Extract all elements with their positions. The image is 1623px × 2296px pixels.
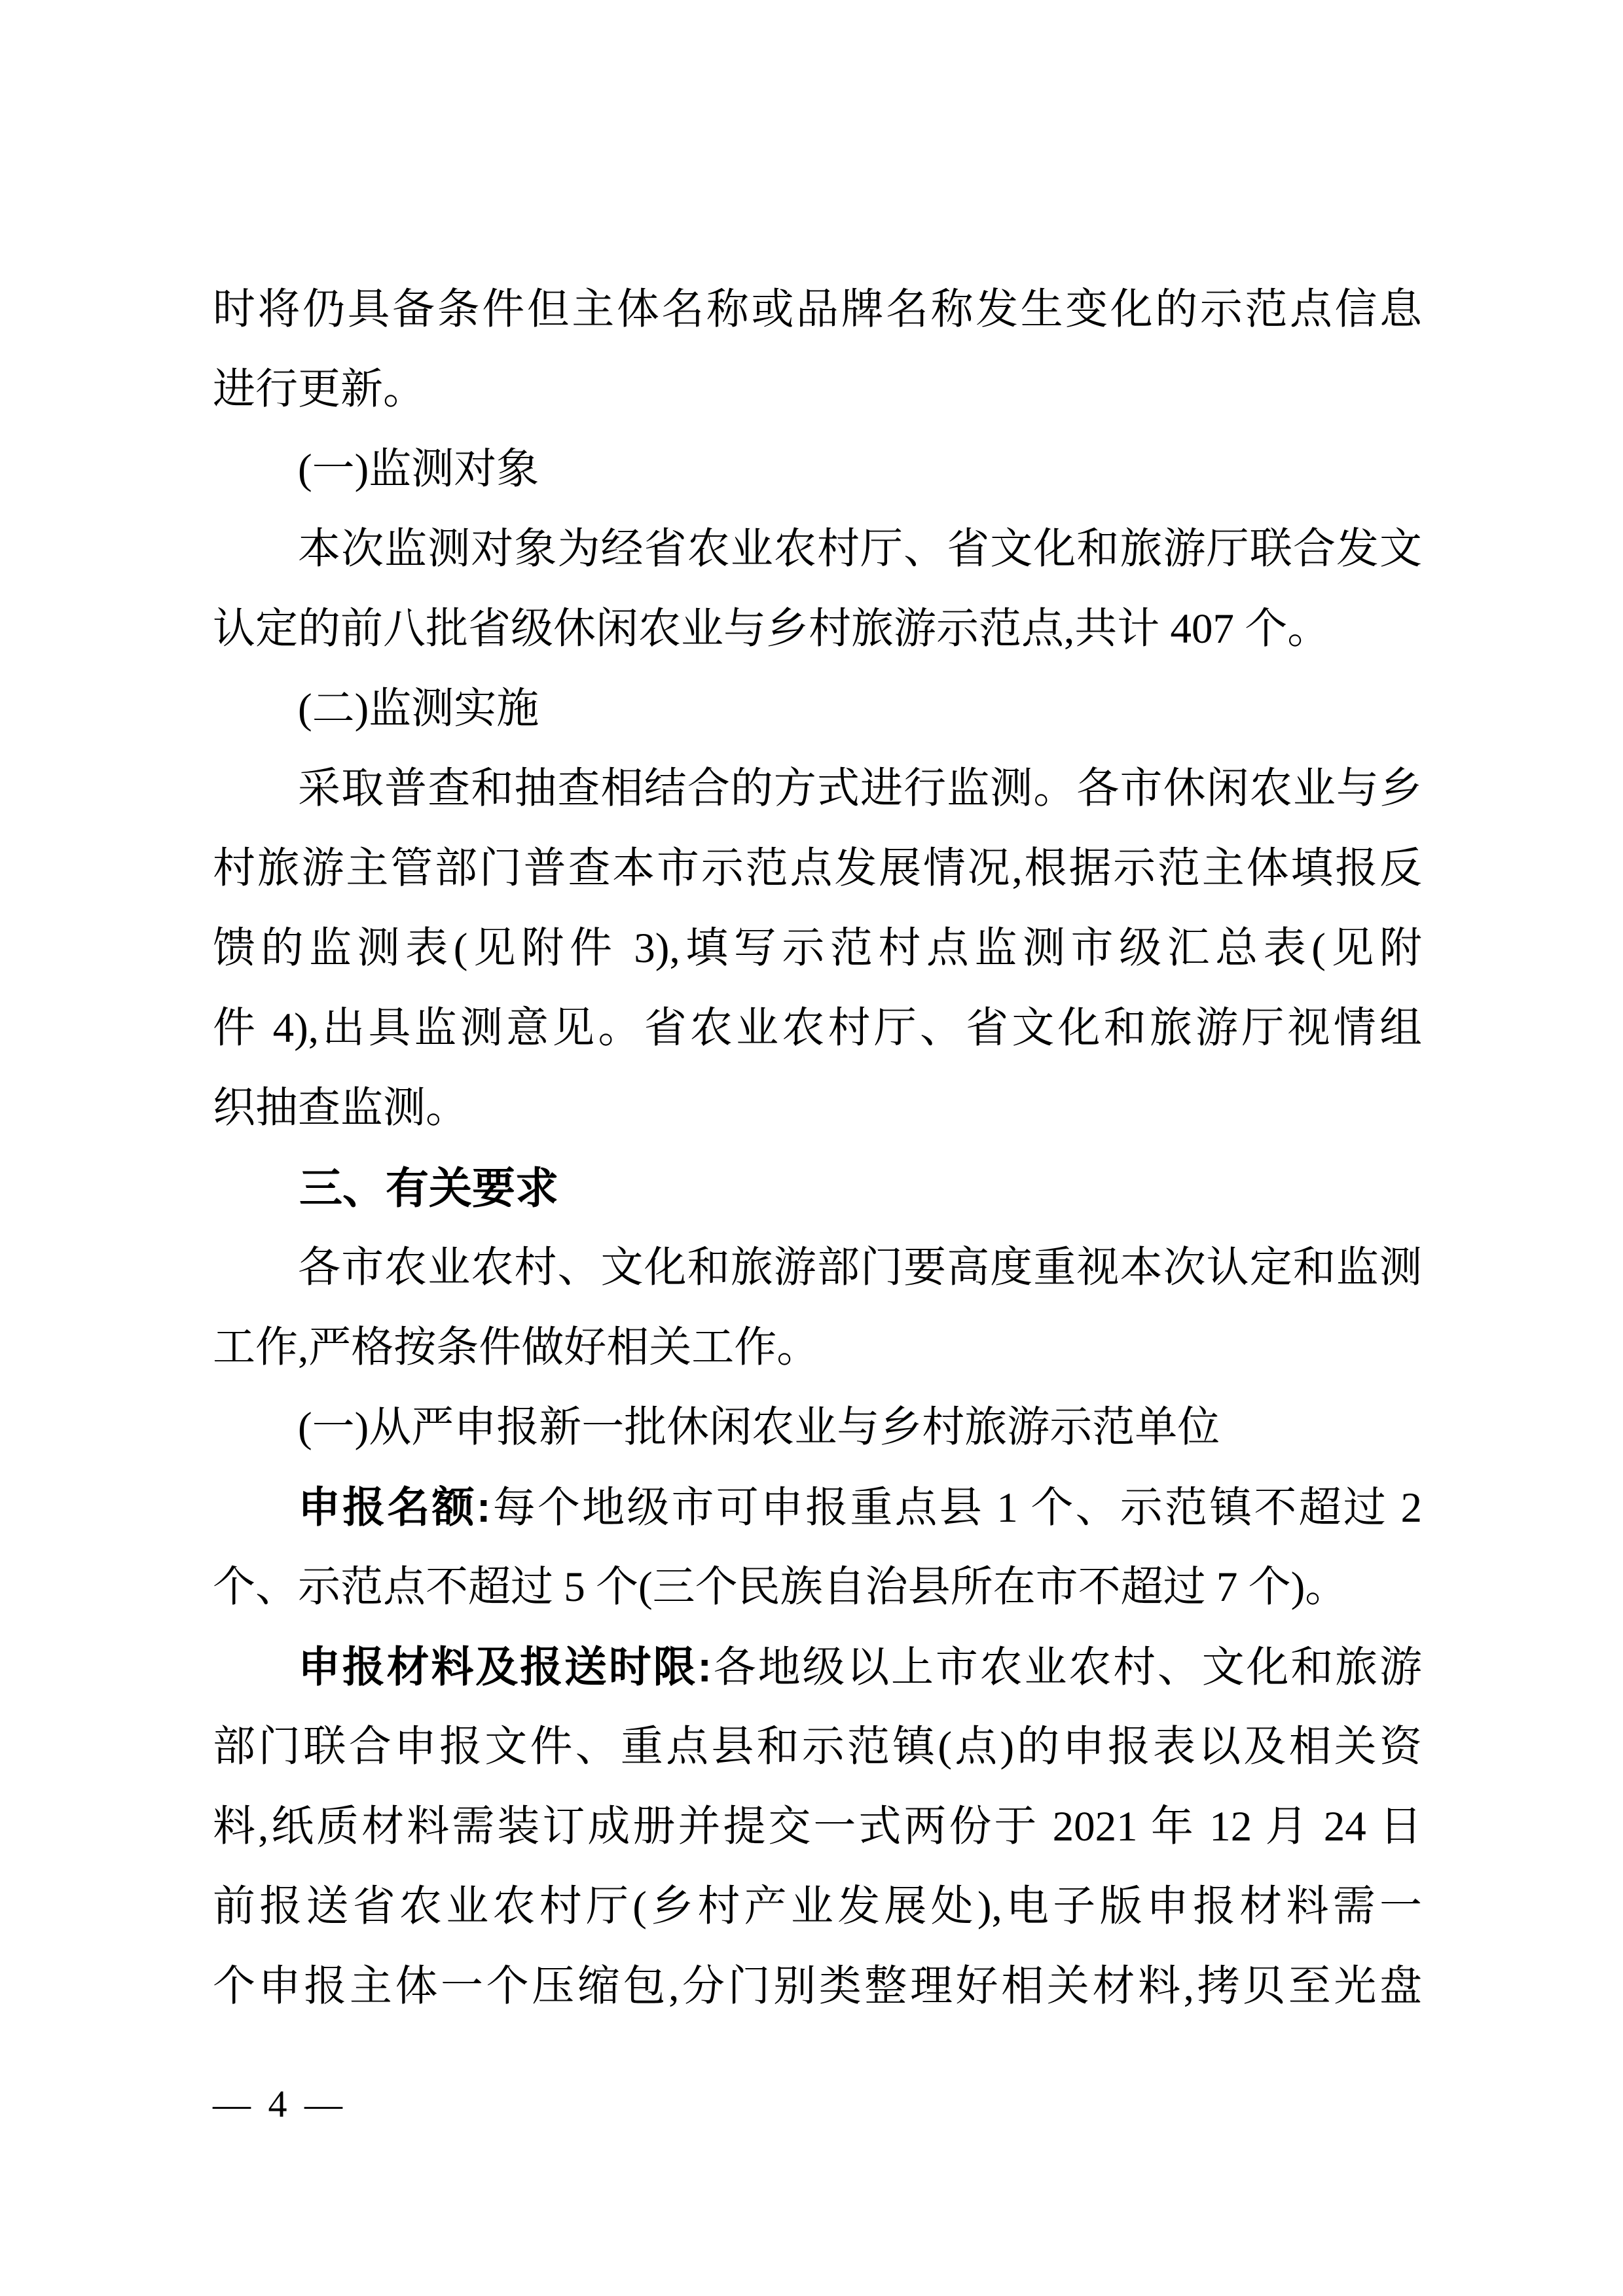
document-body: 时将仍具备条件但主体名称或品牌名称发生变化的示范点信息 进行更新。 (一)监测对…: [213, 270, 1422, 2026]
bold-lead-materials-deadline: 申报材料及报送时限:: [298, 1643, 712, 1691]
body-line: 工作,严格按条件做好相关工作。: [213, 1308, 1422, 1388]
body-line: 进行更新。: [213, 350, 1422, 429]
body-line: 各市农业农村、文化和旅游部门要高度重视本次认定和监测: [213, 1228, 1422, 1308]
body-line: 认定的前八批省级休闲农业与乡村旅游示范点,共计 407 个。: [213, 589, 1422, 669]
body-line: 申报材料及报送时限:各地级以上市农业农村、文化和旅游: [213, 1627, 1422, 1707]
page-number: — 4 —: [213, 2085, 346, 2123]
line-text: 各地级以上市农业农村、文化和旅游: [712, 1644, 1422, 1691]
body-line: 馈的监测表(见附件 3),填写示范村点监测市级汇总表(见附: [213, 908, 1422, 988]
subsection-heading-strict-application: (一)从严申报新一批休闲农业与乡村旅游示范单位: [213, 1388, 1422, 1467]
body-line: 本次监测对象为经省农业农村厅、省文化和旅游厅联合发文: [213, 509, 1422, 589]
body-line: 个申报主体一个压缩包,分门别类整理好相关材料,拷贝至光盘: [213, 1946, 1422, 2026]
body-line: 部门联合申报文件、重点县和示范镇(点)的申报表以及相关资: [213, 1707, 1422, 1787]
body-line: 申报名额:每个地级市可申报重点县 1 个、示范镇不超过 2: [213, 1467, 1422, 1547]
body-line: 村旅游主管部门普查本市示范点发展情况,根据示范主体填报反: [213, 829, 1422, 908]
body-line: 件 4),出具监测意见。省农业农村厅、省文化和旅游厅视情组: [213, 988, 1422, 1068]
subsection-heading-monitor-implementation: (二)监测实施: [213, 669, 1422, 749]
body-line: 采取普查和抽查相结合的方式进行监测。各市休闲农业与乡: [213, 749, 1422, 829]
section-heading-requirements: 三、有关要求: [213, 1148, 1422, 1228]
body-line: 料,纸质材料需装订成册并提交一式两份于 2021 年 12 月 24 日: [213, 1787, 1422, 1867]
subsection-heading-monitor-target: (一)监测对象: [213, 429, 1422, 509]
bold-lead-application-quota: 申报名额:: [298, 1483, 490, 1531]
body-line: 前报送省农业农村厅(乡村产业发展处),电子版申报材料需一: [213, 1867, 1422, 1946]
body-line: 织抽查监测。: [213, 1068, 1422, 1148]
line-text: 每个地级市可申报重点县 1 个、示范镇不超过 2: [490, 1484, 1422, 1532]
body-line: 个、示范点不超过 5 个(三个民族自治县所在市不超过 7 个)。: [213, 1547, 1422, 1627]
document-page: 时将仍具备条件但主体名称或品牌名称发生变化的示范点信息 进行更新。 (一)监测对…: [0, 0, 1623, 2296]
body-line: 时将仍具备条件但主体名称或品牌名称发生变化的示范点信息: [213, 270, 1422, 350]
